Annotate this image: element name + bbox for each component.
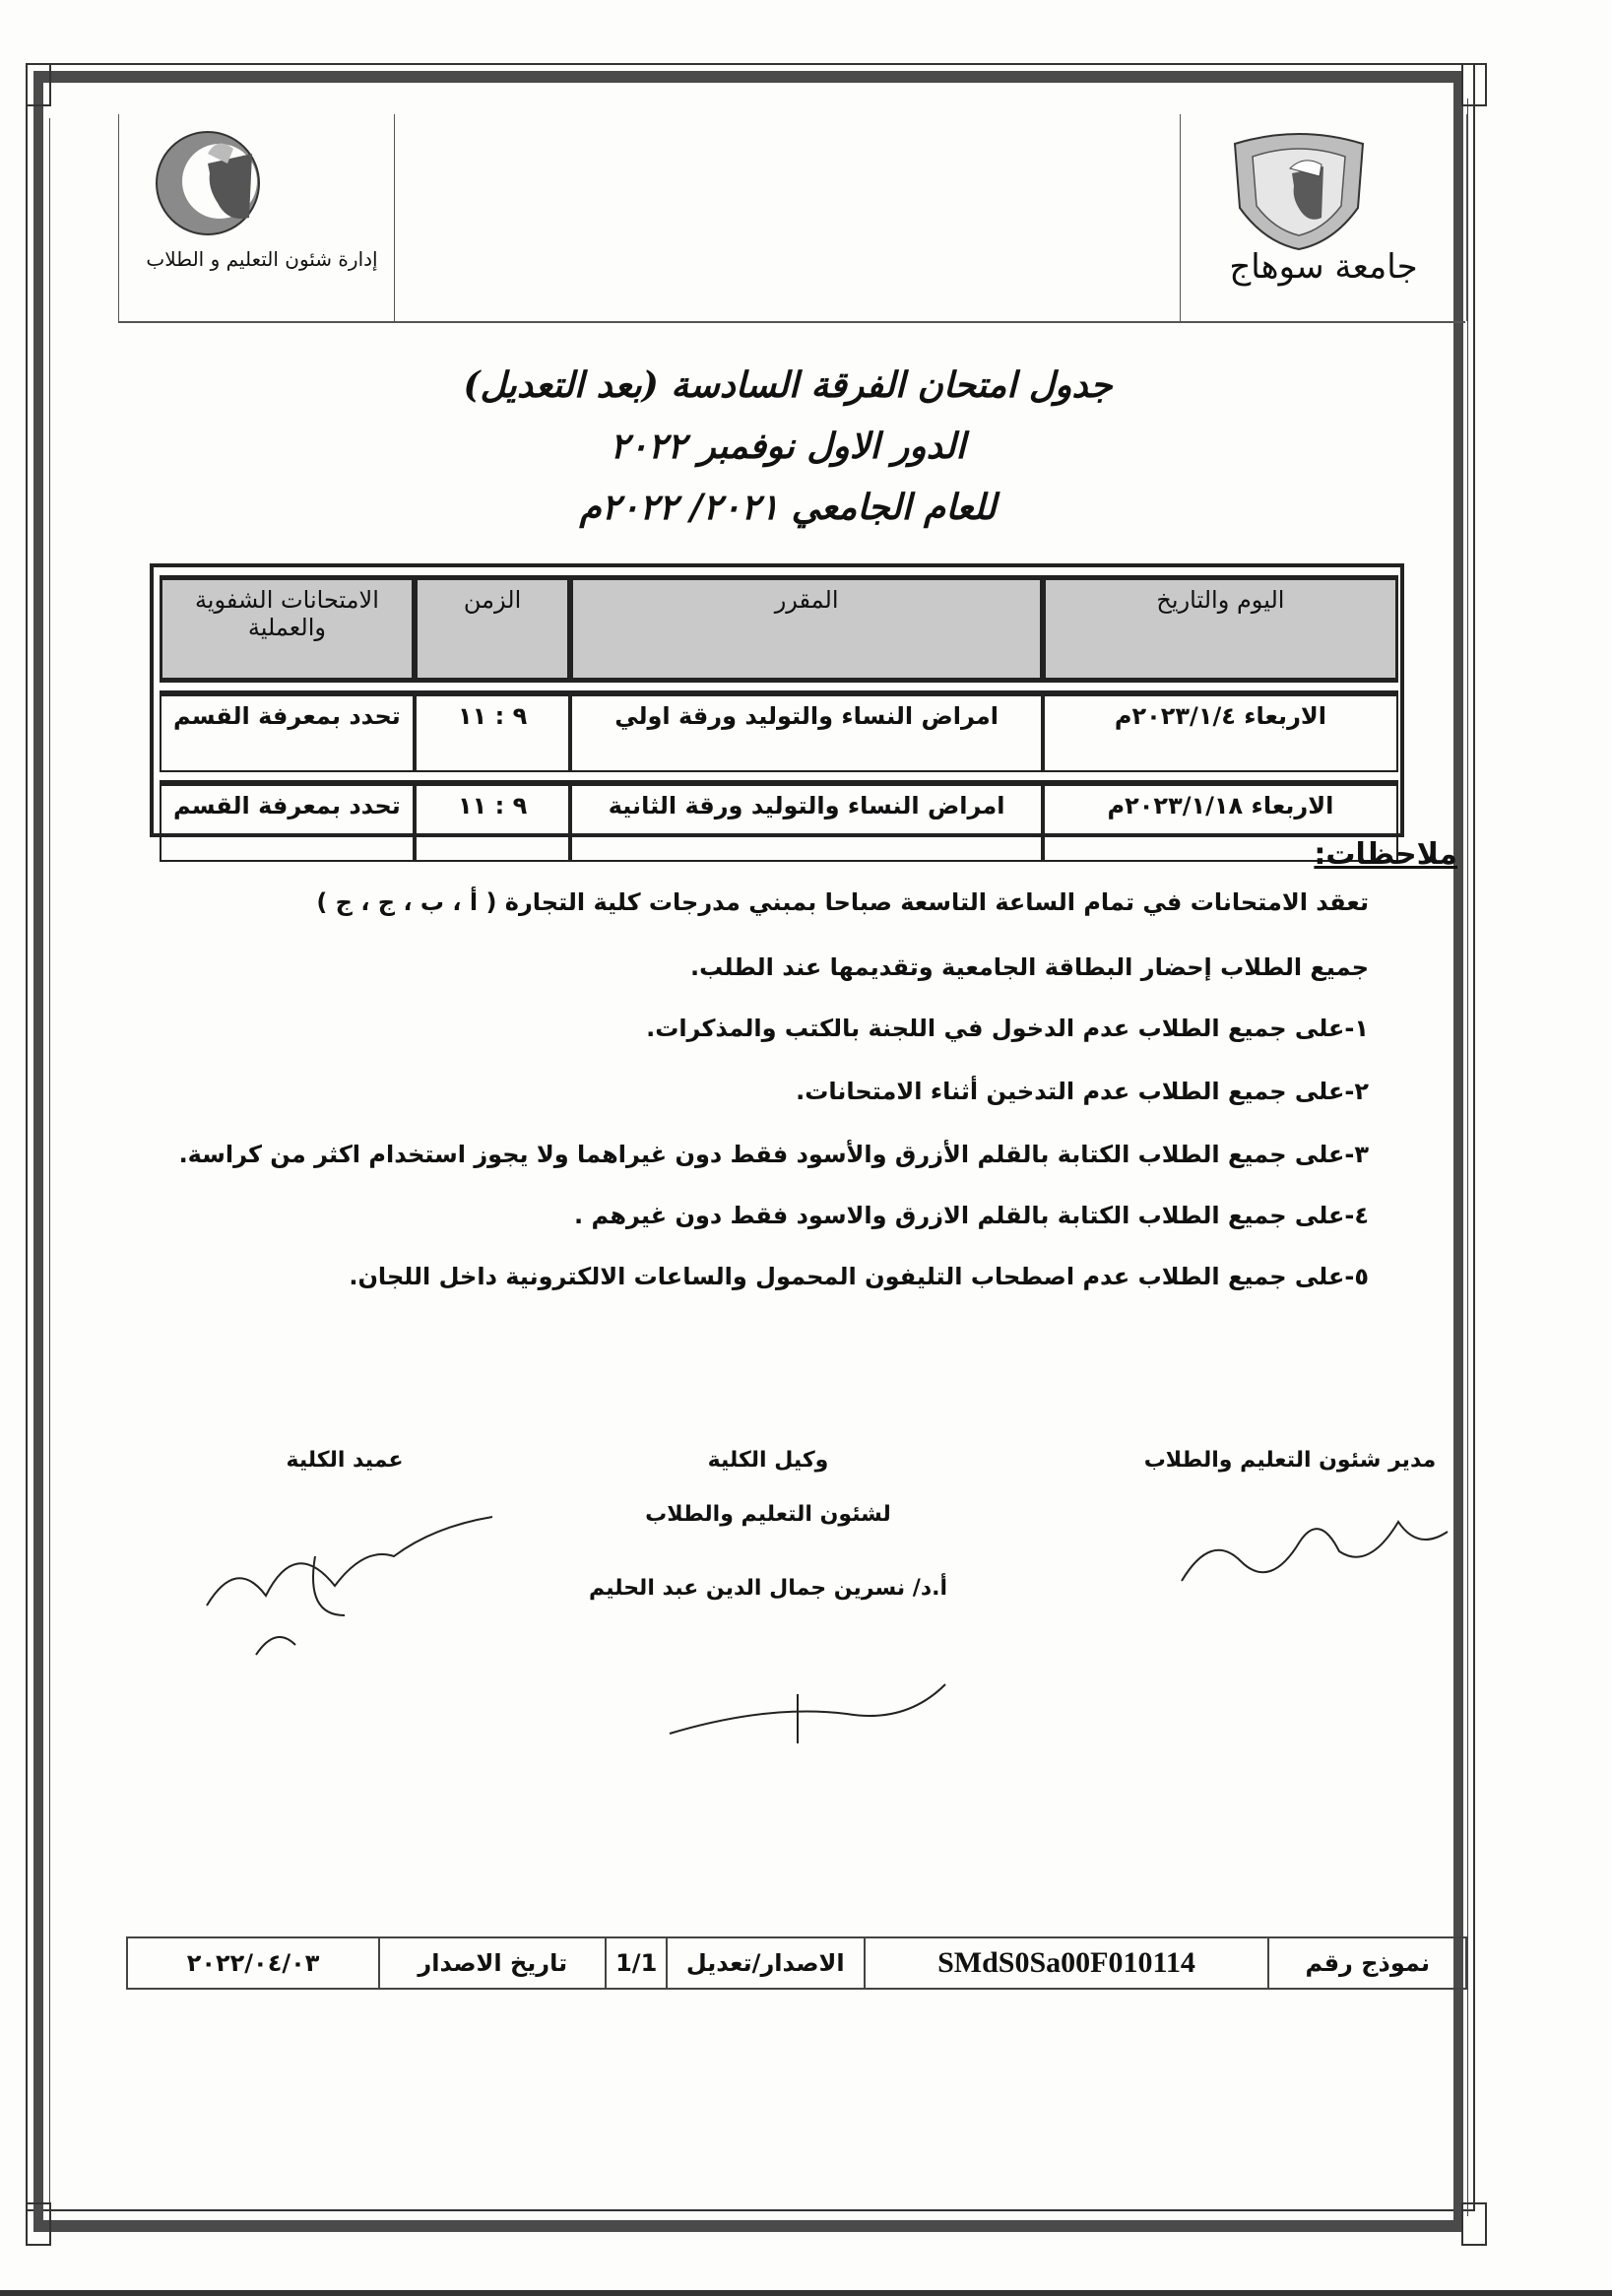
note-line: ١-على جميع الطلاب عدم الدخول في اللجنة ب… — [646, 1015, 1369, 1042]
handwritten-signature-icon — [1172, 1492, 1467, 1601]
cell-oral-practical: تحدد بمعرفة القسم — [160, 690, 415, 772]
cell-time: ٩ : ١١ — [415, 690, 571, 772]
column-header-date: اليوم والتاريخ — [1043, 575, 1398, 683]
signature-block-dean: عميد الكلية — [226, 1448, 463, 1473]
column-header-time: الزمن — [415, 575, 571, 683]
table-row: الاربعاء ٢٠٢٣/١/١٨م امراض النساء والتولي… — [160, 780, 1398, 862]
cell-course: امراض النساء والتوليد ورقة اولي — [570, 690, 1043, 772]
form-footer-table: نموذج رقم SMdS0Sa00F010114 الاصدار/تعديل… — [126, 1936, 1467, 1990]
page-frame-inner-right — [1467, 98, 1468, 2216]
exam-schedule-table-frame: اليوم والتاريخ المقرر الزمن الامتحانات ا… — [150, 563, 1404, 837]
notes-heading: ملاحظات: — [1314, 837, 1457, 872]
signature-title: مدير شئون التعليم والطلاب — [1113, 1448, 1467, 1473]
signature-title: عميد الكلية — [226, 1448, 463, 1473]
cell-date: الاربعاء ٢٠٢٣/١/٤م — [1043, 690, 1398, 772]
page-frame-right — [1453, 71, 1463, 2232]
note-line: ٥-على جميع الطلاب عدم اصطحاب التليفون ال… — [349, 1263, 1369, 1290]
page-frame-left — [33, 71, 43, 2232]
scan-edge-bar — [0, 2290, 1612, 2296]
signature-title: وكيل الكلية — [571, 1448, 965, 1473]
frame-corner-ornament — [26, 63, 51, 106]
issue-label: الاصدار/تعديل — [666, 1938, 864, 1988]
note-line: ٣-على جميع الطلاب الكتابة بالقلم الأزرق … — [179, 1141, 1369, 1168]
handwritten-signature-icon — [650, 1665, 965, 1753]
issue-date: ٢٠٢٢/٠٤/٠٣ — [128, 1938, 378, 1988]
department-name: إدارة شئون التعليم و الطلاب — [139, 247, 385, 271]
table-row: الاربعاء ٢٠٢٣/١/٤م امراض النساء والتوليد… — [160, 690, 1398, 772]
page-frame-top — [33, 71, 1463, 83]
frame-corner-ornament — [26, 2202, 51, 2246]
table-header-row: اليوم والتاريخ المقرر الزمن الامتحانات ا… — [160, 575, 1398, 683]
cell-course: امراض النساء والتوليد ورقة الثانية — [570, 780, 1043, 862]
page-frame-inner-left — [49, 118, 50, 2226]
page-frame-bottom — [33, 2220, 1463, 2232]
university-name: جامعة سوهاج — [1181, 247, 1466, 287]
header-middle-cell — [394, 114, 1181, 321]
note-line: ٢-على جميع الطلاب عدم التدخين أثناء الام… — [796, 1078, 1369, 1105]
document-titles: جدول امتحان الفرقة السادسة (بعد التعديل)… — [295, 355, 1280, 538]
form-number: SMdS0Sa00F010114 — [864, 1938, 1268, 1988]
column-header-course: المقرر — [570, 575, 1043, 683]
signature-block-vice-dean: وكيل الكلية لشئون التعليم والطلاب أ.د/ ن… — [571, 1448, 965, 1601]
handwritten-signature-icon — [197, 1497, 512, 1694]
exam-schedule-table: اليوم والتاريخ المقرر الزمن الامتحانات ا… — [160, 575, 1398, 862]
cell-oral-practical: تحدد بمعرفة القسم — [160, 780, 415, 862]
signature-block-director: مدير شئون التعليم والطلاب — [1113, 1448, 1467, 1473]
form-number-label: نموذج رقم — [1267, 1938, 1465, 1988]
schedule-title: جدول امتحان الفرقة السادسة (بعد التعديل) — [295, 355, 1280, 416]
signature-subtitle: لشئون التعليم والطلاب — [571, 1502, 965, 1527]
signatory-name: أ.د/ نسرين جمال الدين عبد الحليم — [571, 1576, 965, 1601]
note-line: تعقد الامتحانات في تمام الساعة التاسعة ص… — [316, 888, 1369, 916]
note-line: جميع الطلاب إحضار البطاقة الجامعية وتقدي… — [690, 953, 1369, 981]
issue-value: 1/1 — [605, 1938, 666, 1988]
frame-corner-ornament — [1461, 63, 1487, 106]
header-left-cell: إدارة شئون التعليم و الطلاب — [118, 114, 395, 321]
faculty-logo-icon — [139, 124, 287, 242]
note-line: ٤-على جميع الطلاب الكتابة بالقلم الازرق … — [574, 1202, 1369, 1229]
university-crest-icon — [1225, 129, 1373, 252]
cell-time: ٩ : ١١ — [415, 780, 571, 862]
frame-corner-ornament — [1461, 2202, 1487, 2246]
issue-date-label: تاريخ الاصدار — [378, 1938, 605, 1988]
academic-year-title: للعام الجامعي ٢٠٢١/ ٢٠٢٢م — [295, 477, 1280, 538]
session-title: الدور الاول نوفمبر ٢٠٢٢ — [295, 416, 1280, 477]
column-header-oral-practical: الامتحانات الشفوية والعملية — [160, 575, 415, 683]
document-header: إدارة شئون التعليم و الطلاب جامعة سوهاج — [118, 114, 1465, 323]
header-right-cell: جامعة سوهاج — [1180, 114, 1467, 321]
